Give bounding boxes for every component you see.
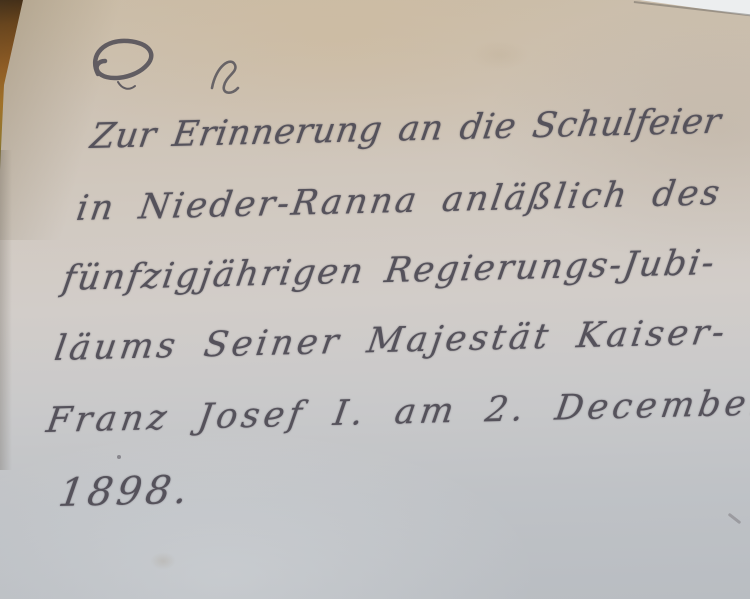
paper-left-shadow (0, 150, 12, 470)
ink-flourish (84, 34, 264, 106)
handwritten-line-5: Franz Josef I. am 2. December (44, 386, 750, 439)
paper-stain (470, 40, 530, 70)
photograph-of-handwritten-document: Zur Erinnerung an die Schulfeier in Nied… (0, 0, 750, 599)
handwritten-line-6-year: 1898. (56, 471, 194, 513)
corner-scratch (728, 513, 742, 525)
handwritten-line-3: fünfzigjährigen Regierungs-Jubi- (60, 246, 718, 297)
handwritten-line-2: in Nieder-Ranna anläßlich des (74, 176, 724, 227)
handwritten-line-1: Zur Erinnerung an die Schulfeier (88, 105, 723, 155)
table-surface-edge (0, 0, 30, 175)
oval-ink-flourish-icon (95, 41, 151, 89)
paper-stain (150, 552, 176, 570)
handwritten-line-4: läums Seiner Majestät Kaiser- (52, 316, 730, 367)
curl-ink-flourish-icon (212, 62, 238, 93)
ink-dot (117, 455, 121, 459)
